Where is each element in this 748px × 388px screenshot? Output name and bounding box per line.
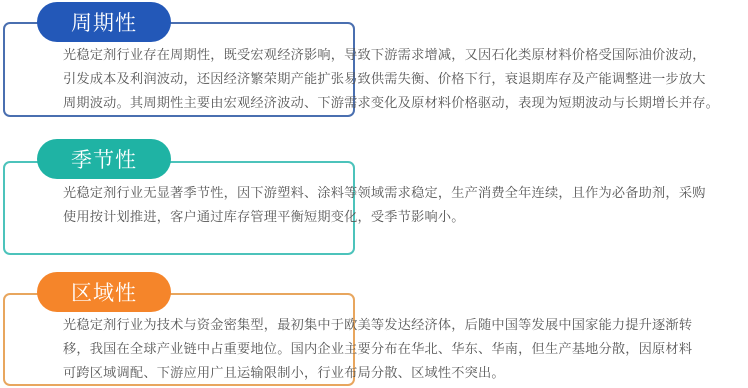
regionality-title: 区域性	[71, 277, 137, 307]
seasonality-title-pill: 季节性	[37, 139, 171, 179]
cyclicality-line: 周期波动。其周期性主要由宏观经济波动、下游需求变化及原材料价格驱动，表现为短期波…	[63, 92, 734, 116]
regionality-title-pill: 区域性	[37, 272, 171, 312]
seasonality-line: 使用按计划推进，客户通过库存管理平衡短期变化，受季节影响小。	[63, 206, 734, 230]
seasonality-line: 光稳定剂行业无显著季节性，因下游塑料、涂料等领域需求稳定，生产消费全年连续，且作…	[63, 182, 734, 206]
cyclicality-title: 周期性	[71, 7, 137, 37]
regionality-line: 移，我国在全球产业链中占重要地位。国内企业主要分布在华北、华东、华南，但生产基地…	[63, 338, 734, 362]
cyclicality-title-pill: 周期性	[37, 2, 171, 42]
section-regionality: 区域性 光稳定剂行业为技术与资金密集型，最初集中于欧美等发达经济体，后随中国等发…	[0, 268, 748, 388]
regionality-line: 可跨区域调配、下游应用广且运输限制小，行业布局分散、区域性不突出。	[63, 362, 734, 386]
seasonality-text: 光稳定剂行业无显著季节性，因下游塑料、涂料等领域需求稳定，生产消费全年连续，且作…	[63, 182, 734, 230]
regionality-line: 光稳定剂行业为技术与资金密集型，最初集中于欧美等发达经济体，后随中国等发展中国家…	[63, 314, 734, 338]
cyclicality-line: 引发成本及利润波动，还因经济繁荣期产能扩张易致供需失衡、价格下行，衰退期库存及产…	[63, 68, 734, 92]
regionality-text: 光稳定剂行业为技术与资金密集型，最初集中于欧美等发达经济体，后随中国等发展中国家…	[63, 314, 734, 386]
section-cyclicality: 周期性 光稳定剂行业存在周期性，既受宏观经济影响，导致下游需求增减，又因石化类原…	[0, 0, 748, 120]
cyclicality-line: 光稳定剂行业存在周期性，既受宏观经济影响，导致下游需求增减，又因石化类原材料价格…	[63, 44, 734, 68]
seasonality-title: 季节性	[71, 144, 137, 174]
cyclicality-text: 光稳定剂行业存在周期性，既受宏观经济影响，导致下游需求增减，又因石化类原材料价格…	[63, 44, 734, 116]
section-seasonality: 季节性 光稳定剂行业无显著季节性，因下游塑料、涂料等领域需求稳定，生产消费全年连…	[0, 135, 748, 255]
